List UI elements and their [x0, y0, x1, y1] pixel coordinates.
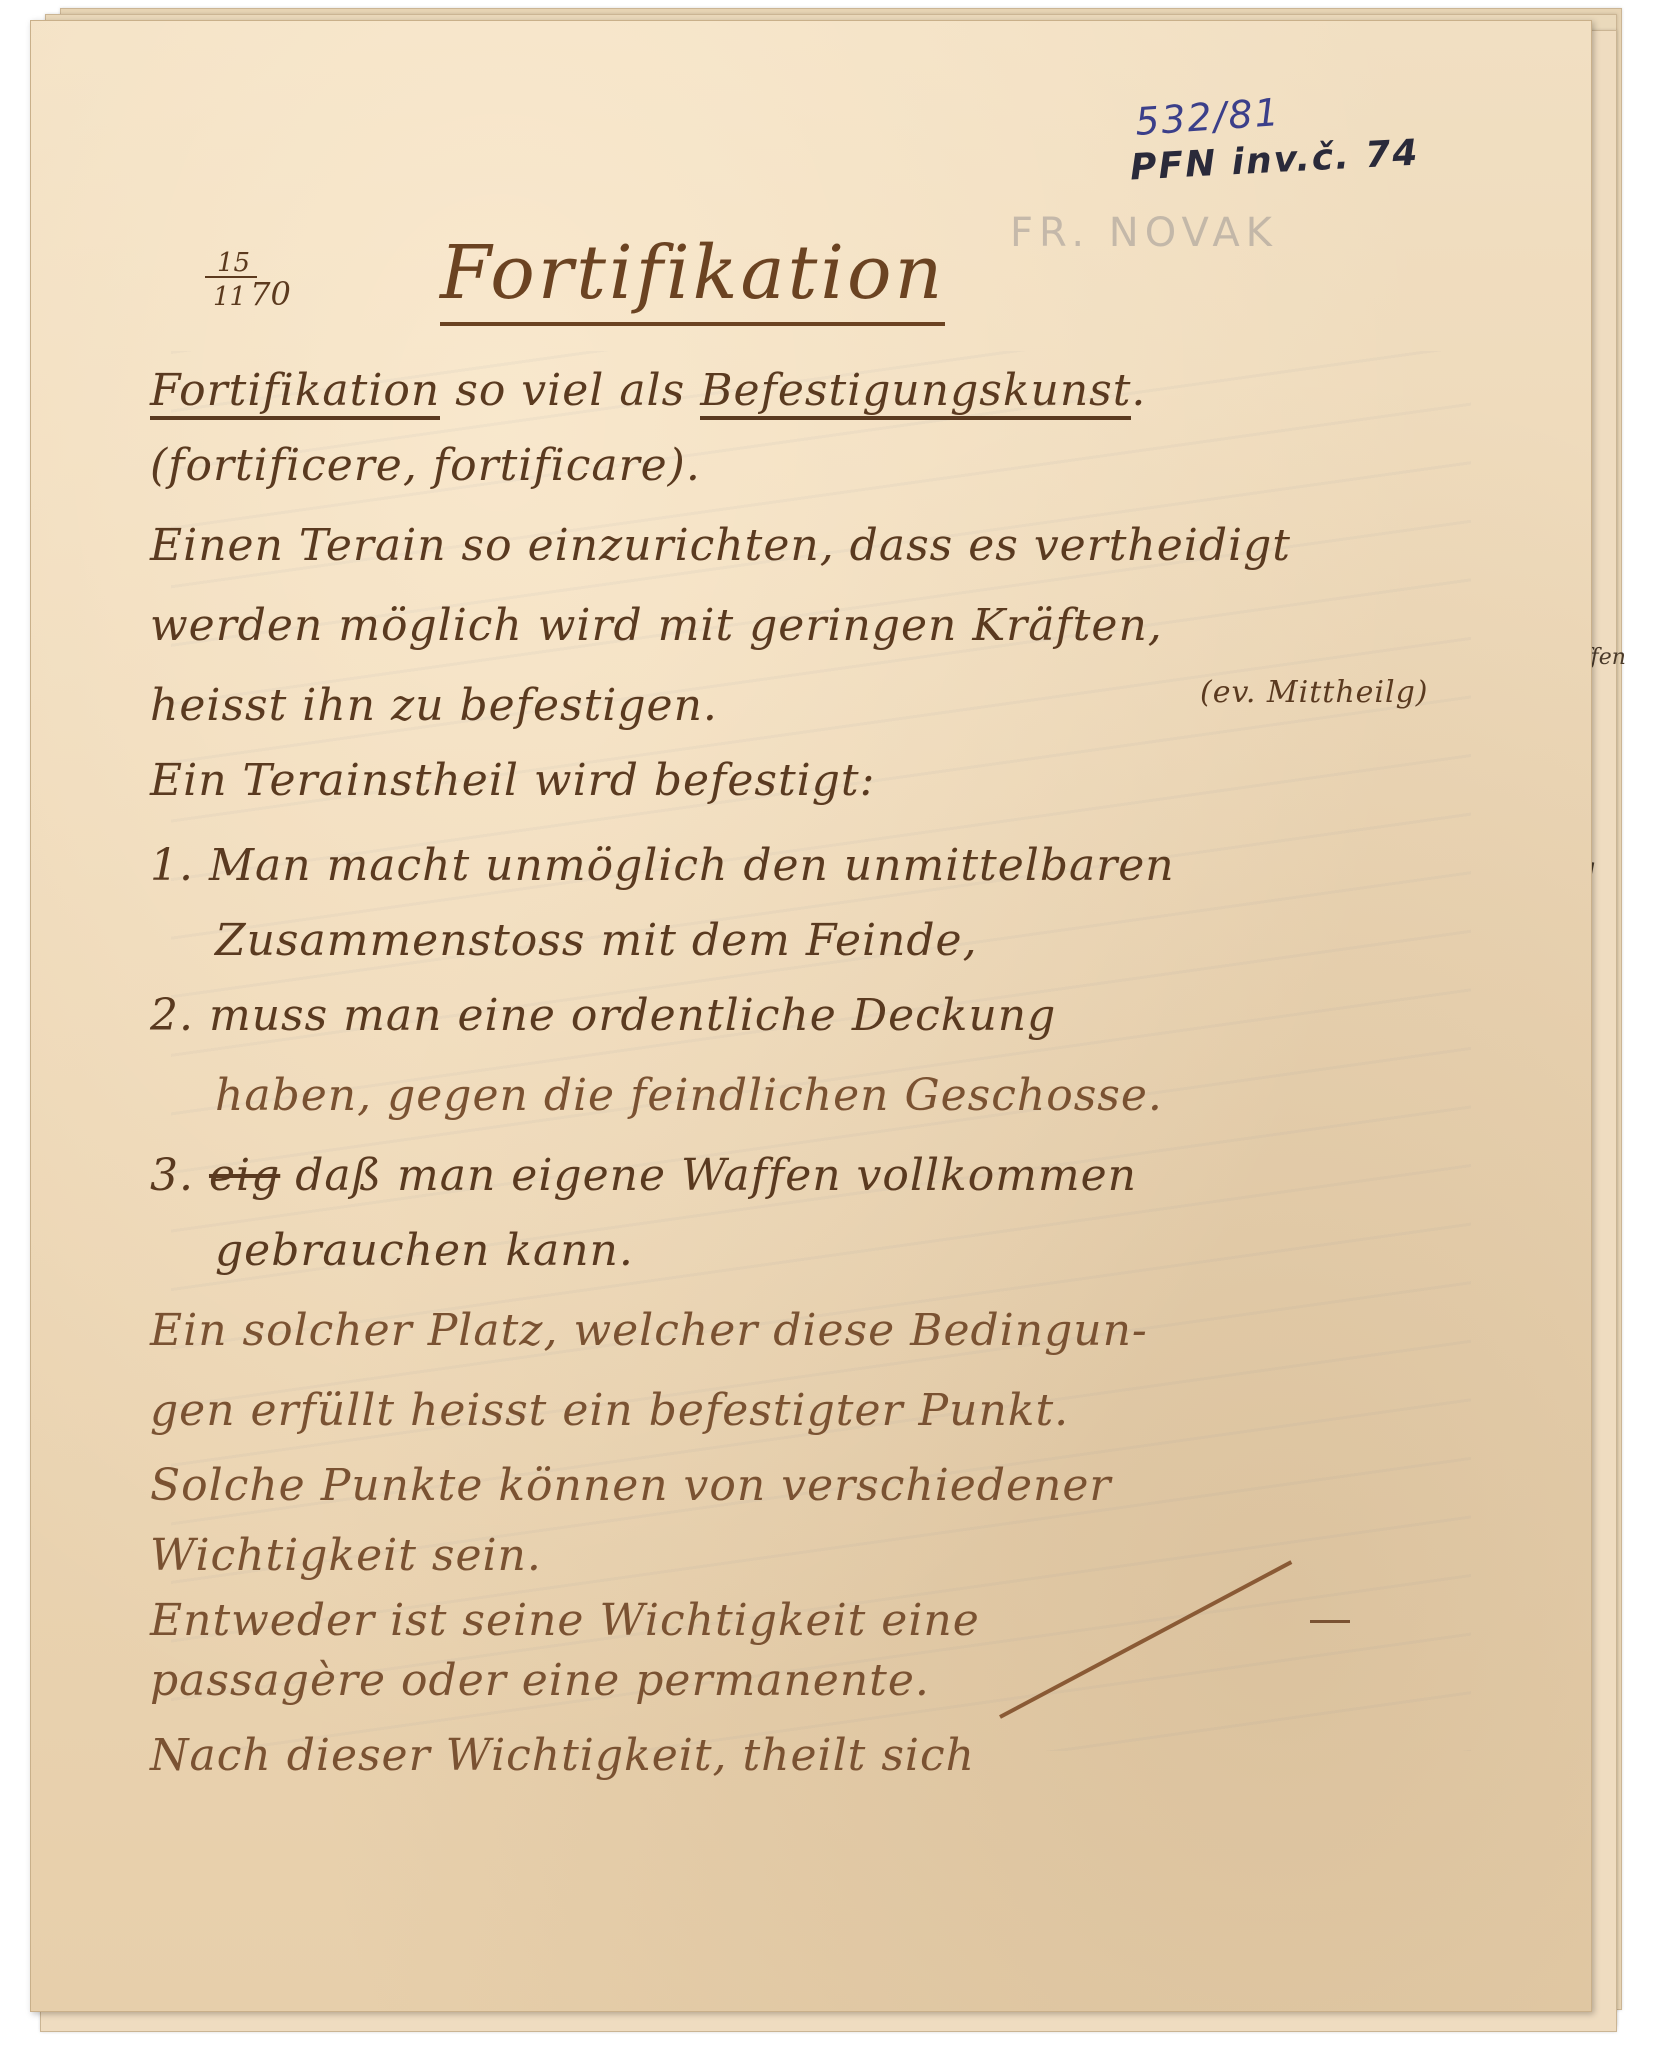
line-end-dash: [1310, 1620, 1350, 1623]
date-day: 15: [205, 250, 257, 278]
owner-stamp: FR. NOVAK: [1010, 210, 1278, 256]
text-line-8: Zusammenstoss mit dem Feinde,: [215, 915, 978, 966]
underlined-term: Befestigungskunst: [700, 365, 1131, 420]
text-line-6: Ein Terainstheil wird befestigt:: [150, 755, 875, 806]
text-line-15: Solche Punkte können von verschiedener: [150, 1460, 1111, 1511]
struck-word: eig: [209, 1150, 280, 1201]
date-fraction: 15 1170: [205, 250, 291, 311]
text-line-10: haben, gegen die feindlichen Geschosse.: [215, 1070, 1163, 1121]
text-line-13: Ein solcher Platz, welcher diese Bedingu…: [150, 1305, 1148, 1356]
date-year: 70: [250, 275, 291, 313]
text-line-7: 1. Man macht unmöglich den unmittelbaren: [150, 840, 1175, 891]
underlined-term: Fortifikation: [150, 365, 440, 420]
text-line-3: Einen Terain so einzurichten, dass es ve…: [150, 520, 1291, 571]
text-fragment: daß man eigene Waffen vollkommen: [295, 1150, 1137, 1201]
text-fragment: so viel als: [455, 365, 700, 416]
period: .: [1131, 365, 1146, 416]
text-line-4: werden möglich wird mit geringen Kräften…: [150, 600, 1163, 651]
text-line-12: gebrauchen kann.: [215, 1225, 634, 1276]
text-line-16: Wichtigkeit sein.: [150, 1530, 542, 1581]
text-line-9: 2. muss man eine ordentliche Deckung: [150, 990, 1056, 1041]
text-line-18: passagère oder eine permanente.: [150, 1655, 930, 1706]
item-number: 3.: [150, 1150, 209, 1201]
text-line-1: Fortifikation so viel als Befestigungsku…: [150, 365, 1146, 416]
text-line-2: (fortificere, fortificare).: [150, 440, 701, 491]
text-line-17: Entweder ist seine Wichtigkeit eine: [150, 1595, 980, 1646]
date-month: 11: [205, 284, 246, 310]
text-line-11: 3. eig daß man eigene Waffen vollkommen: [150, 1150, 1137, 1201]
margin-note: (ev. Mittheilg): [1200, 675, 1429, 710]
text-line-5: heisst ihn zu befestigen.: [150, 680, 718, 731]
text-line-19: Nach dieser Wichtigkeit, theilt sich: [150, 1730, 975, 1781]
text-line-14: gen erfüllt heisst ein befestigter Punkt…: [150, 1385, 1069, 1436]
page-title: Fortifikation: [440, 230, 945, 326]
